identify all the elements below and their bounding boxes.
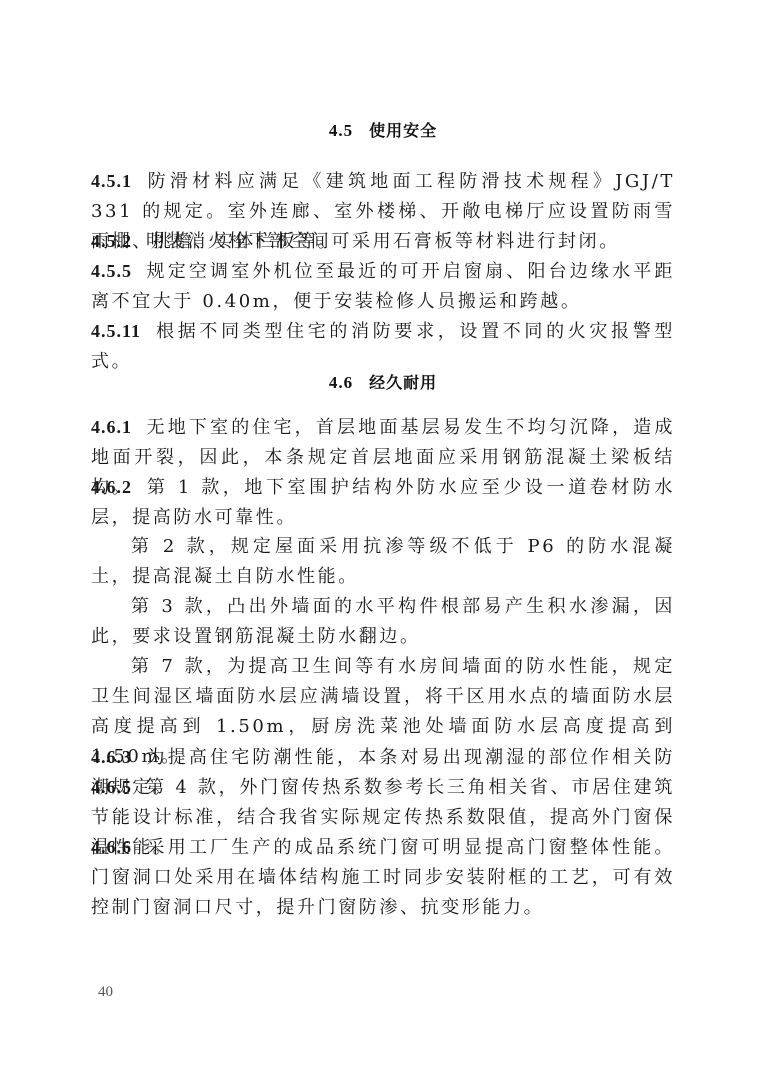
clause-number: 4.6.1 (91, 417, 132, 437)
sub-item-text: 第 2 款，规定屋面采用抗渗等级不低于 P6 的防水混凝土，提高混凝土自防水性能… (91, 536, 675, 587)
section-heading-4-6: 4.6经久耐用 (91, 370, 675, 393)
clause-paragraph: 4.6.2第 1 款，地下室围护结构外防水应至少设一道卷材防水层，提高防水可靠性… (91, 472, 675, 533)
clause-number: 4.5.5 (91, 261, 132, 281)
section-number: 4.6 (329, 373, 353, 392)
sub-item-paragraph: 第 3 款，凸出外墙面的水平构件根部易产生积水渗漏，因此，要求设置钢筋混凝土防水… (91, 592, 675, 652)
clause-text: 采用工厂生产的成品系统门窗可明显提高门窗整体性能。门窗洞口处采用在墙体结构施工时… (91, 837, 675, 918)
clause-number: 4.6.3 (91, 747, 132, 767)
section-heading-4-5: 4.5使用安全 (91, 118, 675, 141)
section-title: 使用安全 (369, 121, 437, 140)
clause-paragraph: 4.5.2明装消火栓下部空间可采用石膏板等材料进行封闭。 (91, 226, 675, 257)
sub-item-text: 第 3 款，凸出外墙面的水平构件根部易产生积水渗漏，因此，要求设置钢筋混凝土防水… (91, 596, 675, 647)
clause-text: 根据不同类型住宅的消防要求，设置不同的火灾报警型式。 (91, 321, 675, 372)
section-number: 4.5 (329, 121, 353, 140)
clause-paragraph: 4.5.5规定空调室外机位至最近的可开启窗扇、阳台边缘水平距离不宜大于 0.40… (91, 256, 675, 317)
clause-number: 4.5.11 (91, 321, 141, 341)
clause-number: 4.5.1 (91, 171, 132, 191)
clause-paragraph: 4.6.6采用工厂生产的成品系统门窗可明显提高门窗整体性能。门窗洞口处采用在墙体… (91, 832, 675, 923)
section-title: 经久耐用 (369, 373, 437, 392)
clause-number: 4.5.2 (91, 231, 132, 251)
clause-number: 4.6.2 (91, 477, 132, 497)
clause-text: 明装消火栓下部空间可采用石膏板等材料进行封闭。 (146, 231, 620, 252)
clause-text: 第 1 款，地下室围护结构外防水应至少设一道卷材防水层，提高防水可靠性。 (91, 477, 675, 528)
clause-number: 4.6.5 (91, 777, 132, 797)
clause-paragraph: 4.5.11根据不同类型住宅的消防要求，设置不同的火灾报警型式。 (91, 316, 675, 377)
clause-text: 规定空调室外机位至最近的可开启窗扇、阳台边缘水平距离不宜大于 0.40m，便于安… (91, 261, 675, 312)
sub-item-paragraph: 第 2 款，规定屋面采用抗渗等级不低于 P6 的防水混凝土，提高混凝土自防水性能… (91, 532, 675, 592)
clause-number: 4.6.6 (91, 837, 132, 857)
page-number: 40 (98, 984, 113, 1001)
